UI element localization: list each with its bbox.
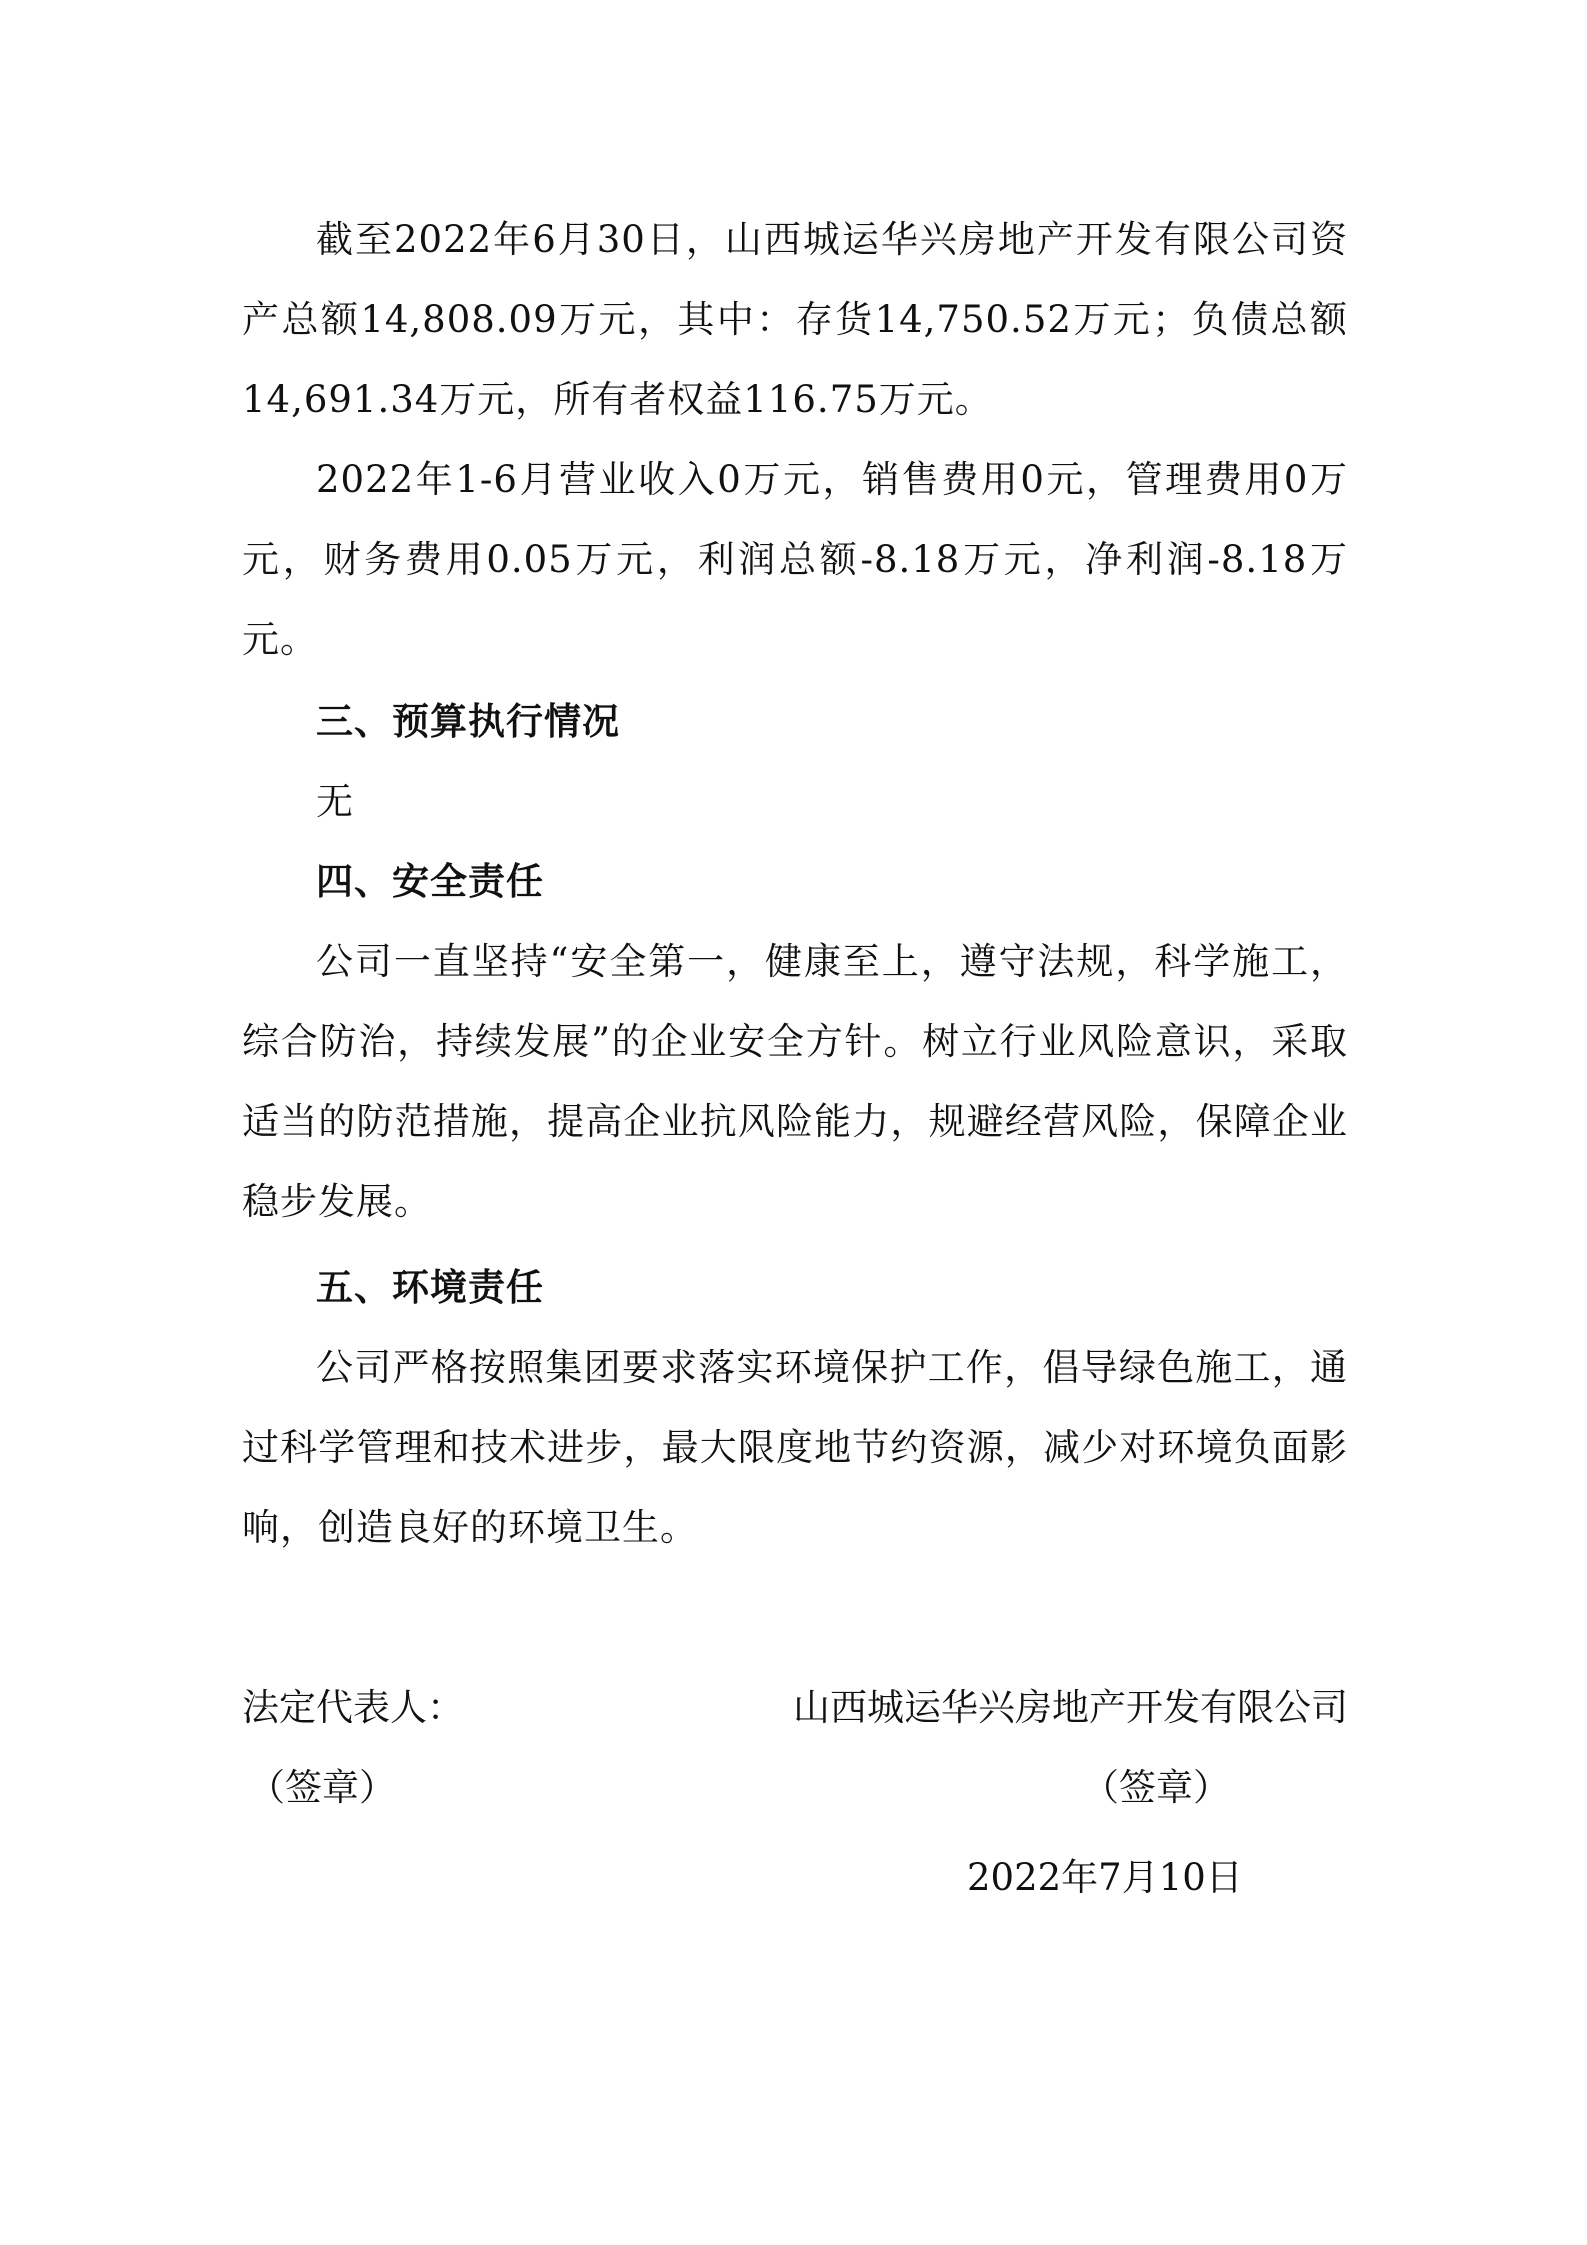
section-heading-environment: 五、环境责任 [242,1248,1348,1328]
legal-representative-seal: （签章） [242,1748,396,1828]
signature-block: 法定代表人： 山西城运华兴房地产开发有限公司 （签章） （签章） [242,1668,1348,1828]
section-body-environment: 公司严格按照集团要求落实环境保护工作，倡导绿色施工，通过科学管理和技术进步，最大… [242,1328,1348,1568]
section-heading-budget: 三、预算执行情况 [242,682,1348,762]
company-name: 山西城运华兴房地产开发有限公司 [793,1668,1348,1748]
document-body: 截至2022年6月30日，山西城运华兴房地产开发有限公司资产总额14,808.0… [242,200,1348,1568]
company-seal: （签章） [1082,1748,1348,1828]
section-body-safety: 公司一直坚持“安全第一，健康至上，遵守法规，科学施工，综合防治，持续发展”的企业… [242,922,1348,1242]
legal-representative-label: 法定代表人： [242,1668,464,1748]
section-body-budget: 无 [242,762,1348,842]
income-statement-paragraph: 2022年1-6月营业收入0万元，销售费用0元，管理费用0万元，财务费用0.05… [242,440,1348,680]
signature-date: 2022年7月10日 [967,1838,1243,1918]
section-heading-safety: 四、安全责任 [242,842,1348,922]
financial-position-paragraph: 截至2022年6月30日，山西城运华兴房地产开发有限公司资产总额14,808.0… [242,200,1348,440]
